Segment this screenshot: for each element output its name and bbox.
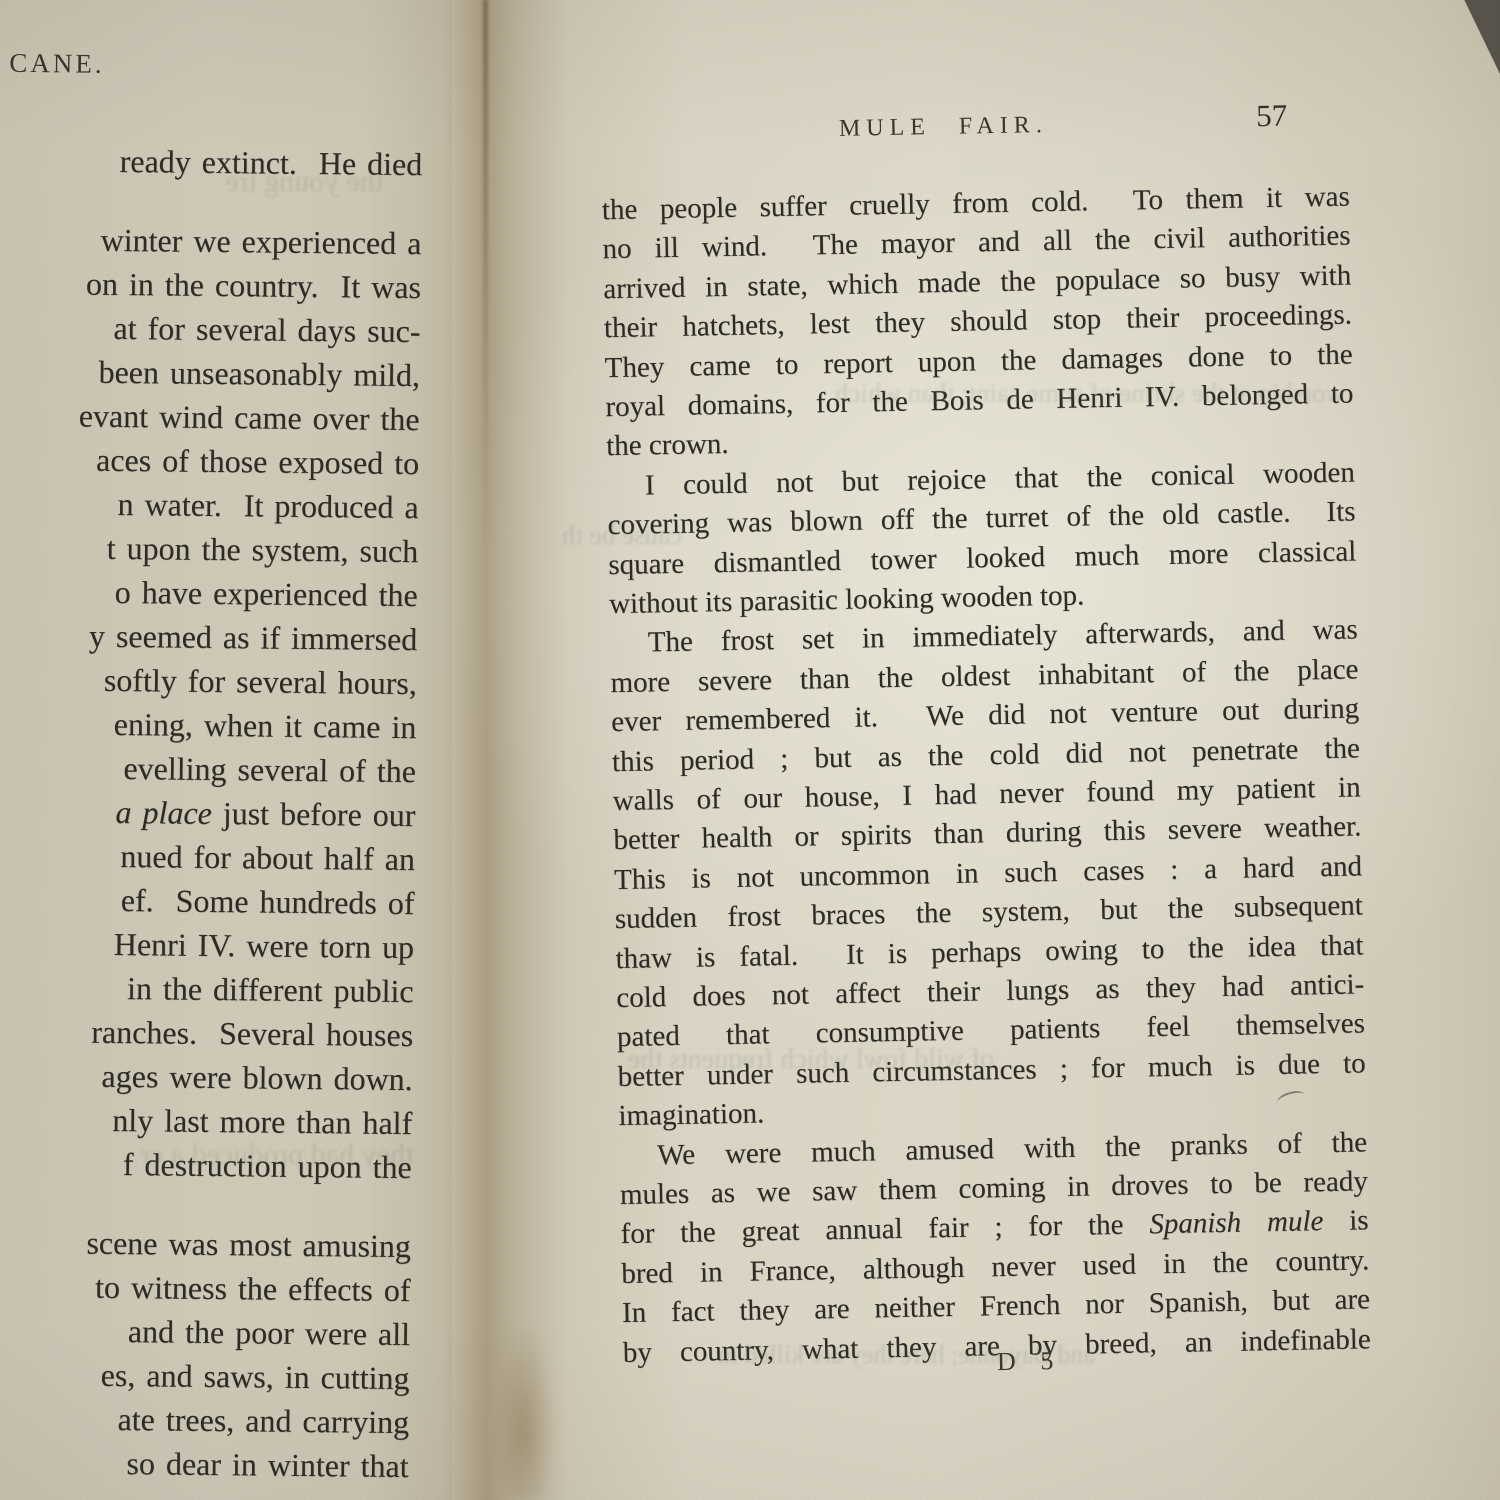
text-span: the crown. [606, 428, 729, 462]
text-span: winter we experienced a [100, 222, 421, 261]
text-line: ranches. Several houses [91, 1010, 413, 1057]
text-span: ages were blown down. [101, 1058, 413, 1097]
text-line: ening, when it came in [114, 702, 417, 749]
show-through-text: of wild fowl which frequents the [628, 1044, 994, 1076]
italic-text: a place [115, 794, 212, 831]
text-span: softly for several hours, [104, 662, 417, 701]
text-line: evant wind came over the [79, 394, 420, 442]
text-line: to witness the effects of [95, 1265, 411, 1312]
text-line: in the different public [127, 966, 414, 1013]
text-span: nued for about half an [120, 838, 415, 877]
text-line: so dear in winter that [126, 1441, 409, 1488]
text-span: and the poor were all [128, 1313, 410, 1352]
text-span: ate trees, and carrying [117, 1401, 409, 1440]
gutter-shadow [492, 1320, 556, 1500]
text-span: t upon the system, such [106, 530, 418, 569]
text-span: ef. Some hundreds of [121, 882, 415, 921]
text-span: to witness the effects of [95, 1269, 411, 1308]
text-line: ages were blown down. [101, 1054, 413, 1101]
text-line: es, and saws, in cutting [100, 1353, 409, 1400]
text-span: es, and saws, in cutting [101, 1357, 410, 1396]
text-span: for the great annual fair ; for the [620, 1209, 1149, 1251]
show-through-text: cause be th [562, 520, 682, 551]
italic-text: Spanish mule [1149, 1206, 1324, 1241]
text-span: without its parasitic looking wooden top… [609, 579, 1085, 620]
text-span: nly last more than half [112, 1102, 412, 1141]
background-corner [1458, 0, 1500, 74]
text-span: so dear in winter that [126, 1445, 409, 1484]
text-span: is [1323, 1205, 1369, 1238]
show-through-text: worship at the shrine of some saint; tha… [835, 378, 1345, 409]
text-span: n water. It produced a [117, 486, 418, 525]
text-line: a place just before our [115, 790, 415, 837]
text-line: and the poor were all [128, 1309, 411, 1356]
left-running-header: CANE. [9, 48, 105, 80]
text-line: evelling several of the [123, 746, 416, 793]
text-line: been unseasonably mild, [98, 350, 420, 397]
right-running-header: MULE FAIR. [588, 107, 1298, 147]
text-span: Henri IV. were torn up [114, 926, 415, 965]
left-page-text: CANE. ready extinct. He diedwinter we ex… [0, 38, 438, 1482]
text-span: in the different public [127, 970, 414, 1009]
text-line: winter we experienced a [100, 218, 421, 265]
show-through-text: and Bayonne; here they are killed in [718, 1340, 1095, 1370]
show-through-text: the young tre [225, 165, 383, 199]
text-line: t upon the system, such [106, 526, 418, 573]
text-line: Henri IV. were torn up [114, 922, 415, 969]
text-line: y seemed as if immersed [89, 614, 418, 661]
text-span: been unseasonably mild, [98, 354, 420, 393]
text-span: ranches. Several houses [91, 1014, 413, 1053]
text-line: n water. It produced a [117, 482, 419, 529]
text-span: on in the country. It was [86, 266, 421, 306]
text-span: y seemed as if immersed [89, 618, 418, 657]
right-page-text: MULE FAIR. 57 the people suffer cruelly … [588, 88, 1412, 1432]
text-span: imagination. [618, 1098, 764, 1133]
text-span: ening, when it came in [114, 706, 417, 745]
text-line: at for several days suc- [113, 306, 420, 353]
text-span: just before our [212, 795, 416, 833]
gutter-crease [483, 0, 488, 560]
text-span: at for several days suc- [113, 310, 420, 349]
page-number: 57 [1256, 98, 1288, 135]
text-span: aces of those exposed to [96, 442, 419, 481]
text-line: softly for several hours, [104, 658, 417, 705]
text-span: evant wind came over the [79, 398, 420, 438]
book-photo: CANE. ready extinct. He diedwinter we ex… [0, 0, 1500, 1500]
text-line: nued for about half an [120, 834, 415, 881]
text-line: o have experienced the [114, 570, 418, 617]
show-through-text: they had produced a cr [140, 1138, 413, 1172]
text-span: evelling several of the [123, 750, 416, 789]
text-line: ate trees, and carrying [117, 1397, 409, 1444]
text-span: o have experienced the [115, 574, 418, 613]
text-line: on in the country. It was [86, 262, 421, 310]
text-line: scene was most amusing [86, 1221, 411, 1268]
text-line: aces of those exposed to [96, 438, 419, 485]
text-line: ef. Some hundreds of [121, 878, 415, 925]
text-span: scene was most amusing [86, 1225, 411, 1264]
